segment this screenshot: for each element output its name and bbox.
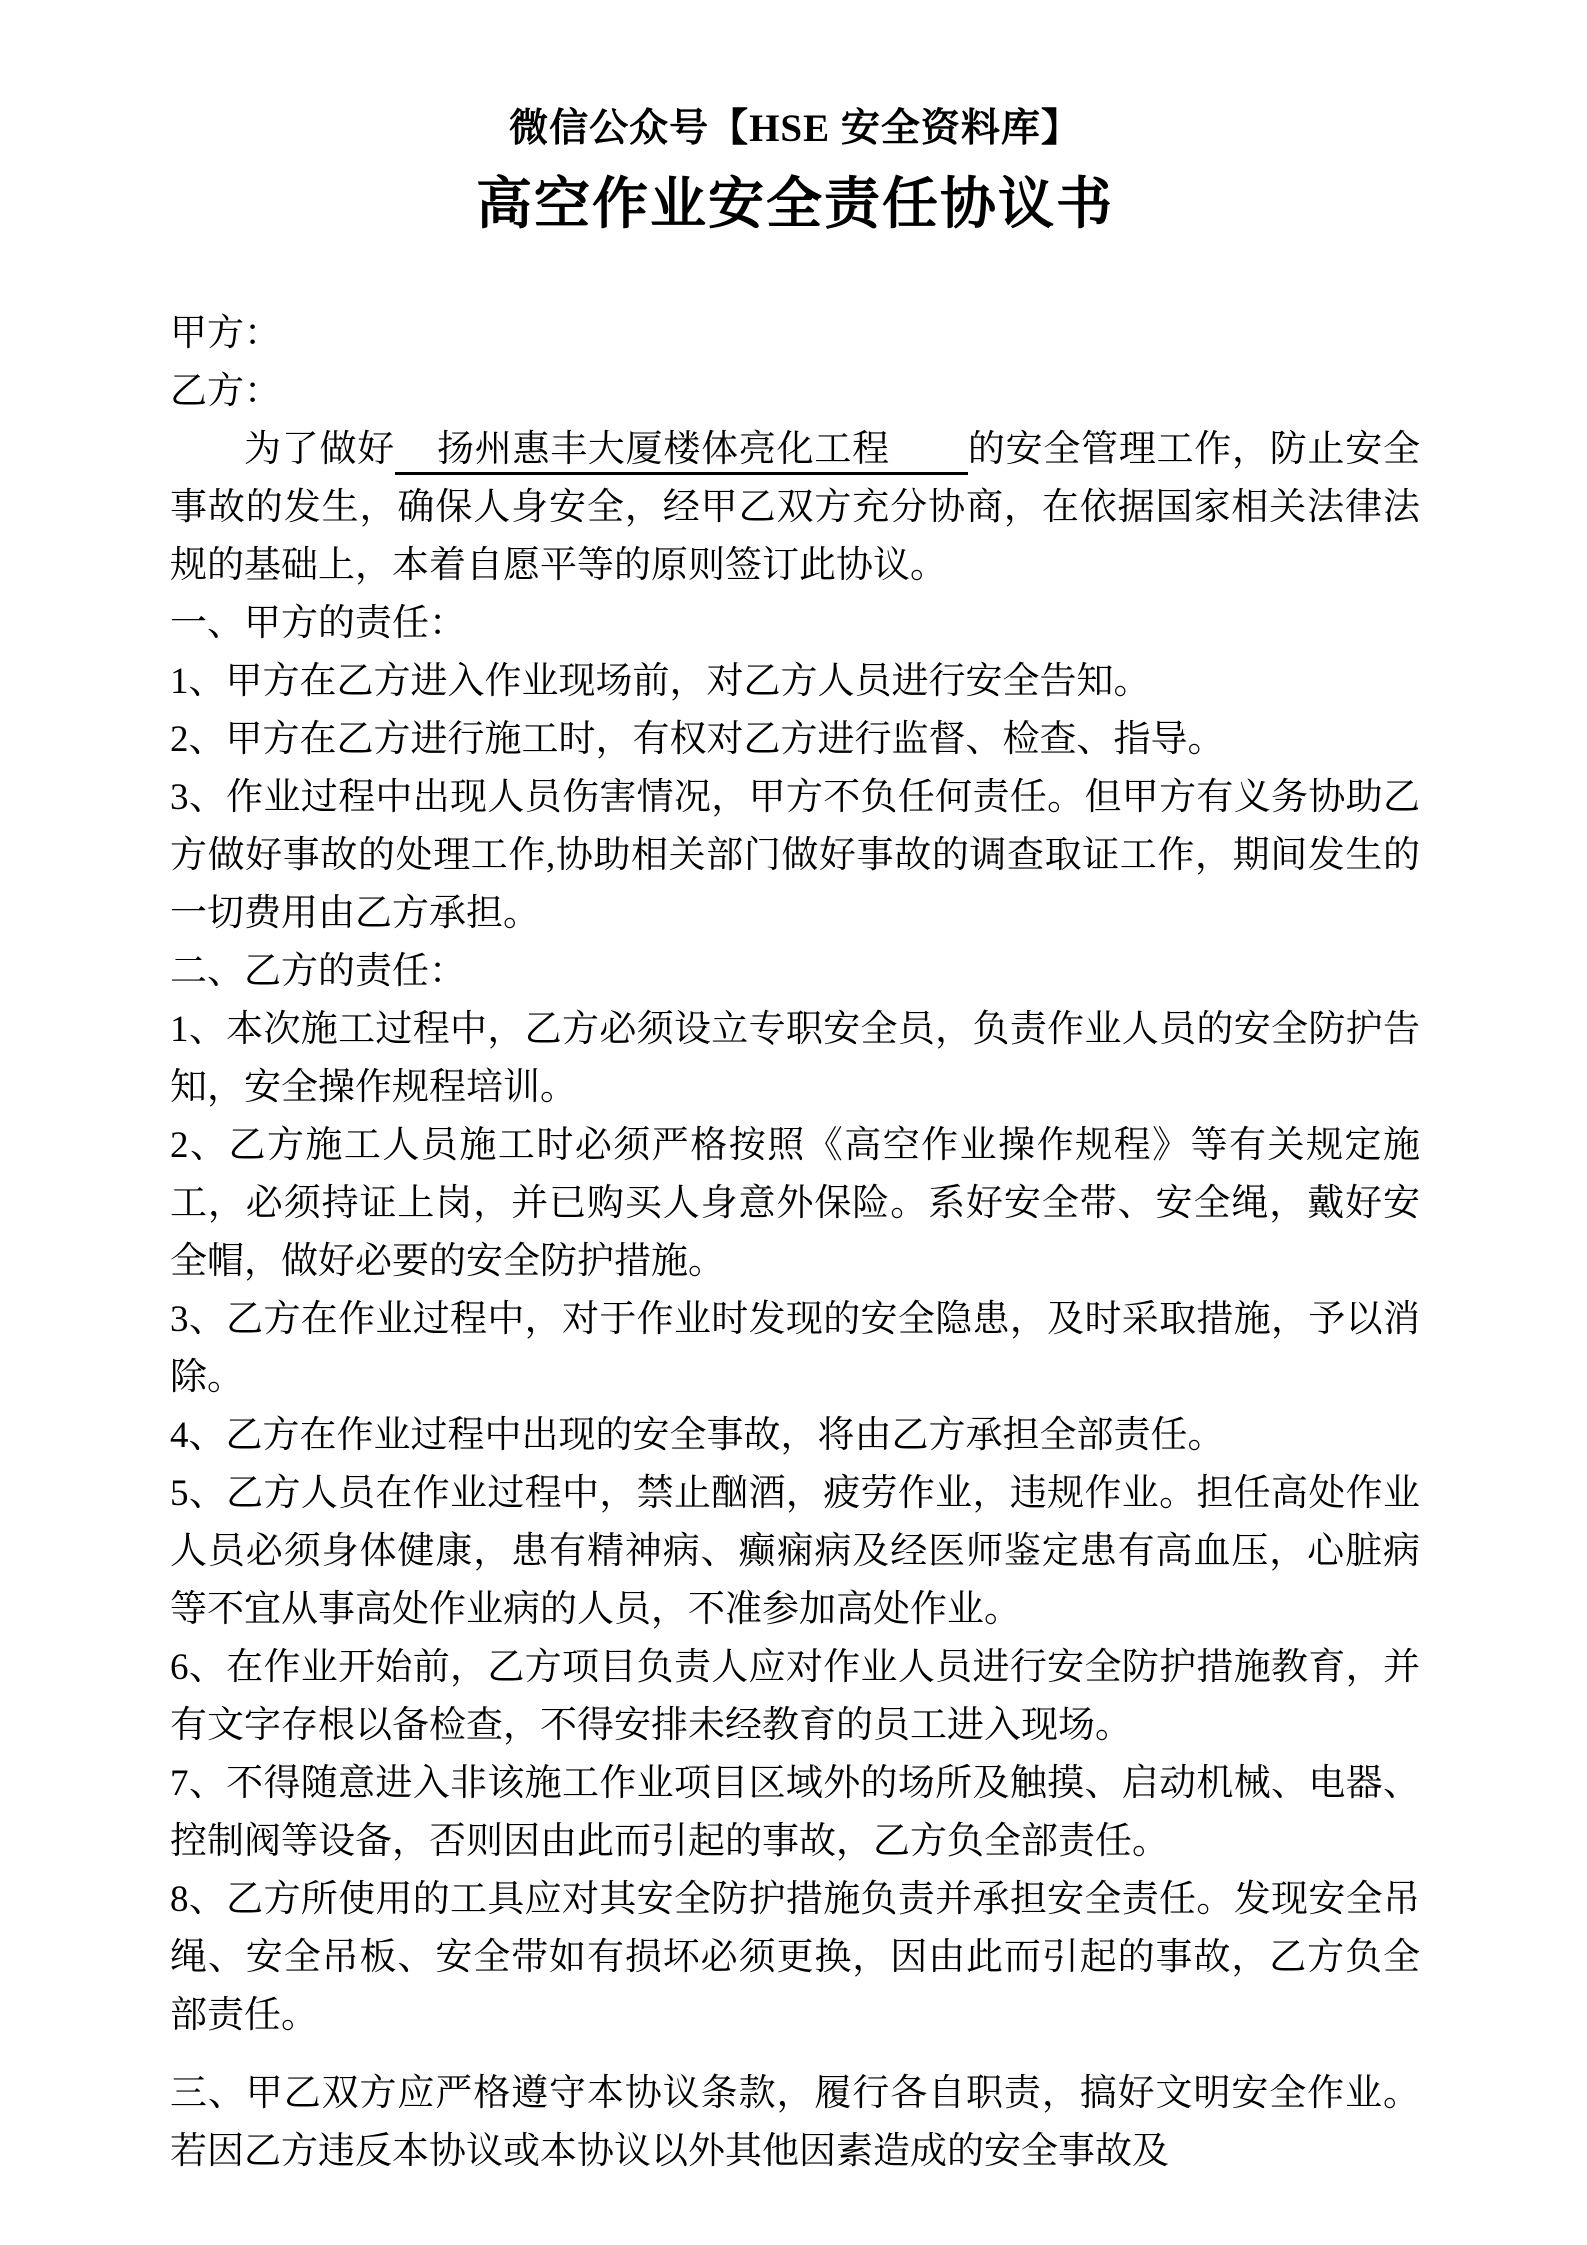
project-name-blank: 扬州惠丰大厦楼体亮化工程 (395, 429, 968, 475)
document-page: 微信公众号【HSE 安全资料库】 高空作业安全责任协议书 甲方：乙方：为了做好扬… (0, 0, 1587, 2245)
section-1-item-1: 1、甲方在乙方进入作业现场前，对乙方人员进行安全告知。 (170, 653, 1420, 711)
intro-prefix: 为了做好 (244, 429, 395, 470)
document-body: 甲方：乙方：为了做好扬州惠丰大厦楼体亮化工程的安全管理工作，防止安全事故的发生，… (170, 305, 1420, 2181)
party-a-line: 甲方： (170, 305, 1420, 363)
intro-paragraph: 为了做好扬州惠丰大厦楼体亮化工程的安全管理工作，防止安全事故的发生，确保人身安全… (170, 421, 1420, 595)
section-2-item-5: 5、乙方人员在作业过程中，禁止酗酒，疲劳作业，违规作业。担任高处作业人员必须身体… (170, 1465, 1420, 1639)
wechat-account-header: 微信公众号【HSE 安全资料库】 (170, 105, 1420, 153)
section-2-item-3: 3、乙方在作业过程中，对于作业时发现的安全隐患，及时采取措施，予以消除。 (170, 1291, 1420, 1407)
section-2-item-7: 7、不得随意进入非该施工作业项目区域外的场所及触摸、启动机械、电器、控制阀等设备… (170, 1755, 1420, 1871)
section-1-heading: 一、甲方的责任： (170, 595, 1420, 653)
section-1-item-2: 2、甲方在乙方进行施工时，有权对乙方进行监督、检查、指导。 (170, 711, 1420, 769)
section-2-item-4: 4、乙方在作业过程中出现的安全事故，将由乙方承担全部责任。 (170, 1407, 1420, 1465)
party-b-line: 乙方： (170, 363, 1420, 421)
section-2-heading: 二、乙方的责任： (170, 943, 1420, 1001)
section-2-item-1: 1、本次施工过程中，乙方必须设立专职安全员，负责作业人员的安全防护告知，安全操作… (170, 1001, 1420, 1117)
page-title: 高空作业安全责任协议书 (170, 169, 1420, 241)
section-1-item-3: 3、作业过程中出现人员伤害情况，甲方不负任何责任。但甲方有义务协助乙方做好事故的… (170, 769, 1420, 943)
section-2-item-6: 6、在作业开始前，乙方项目负责人应对作业人员进行安全防护措施教育，并有文字存根以… (170, 1639, 1420, 1755)
section-2-item-8: 8、乙方所使用的工具应对其安全防护措施负责并承担安全责任。发现安全吊绳、安全吊板… (170, 1871, 1420, 2045)
section-3-paragraph: 三、甲乙双方应严格遵守本协议条款，履行各自职责，搞好文明安全作业。若因乙方违反本… (170, 2065, 1420, 2181)
section-2-item-2: 2、乙方施工人员施工时必须严格按照《高空作业操作规程》等有关规定施工，必须持证上… (170, 1117, 1420, 1291)
